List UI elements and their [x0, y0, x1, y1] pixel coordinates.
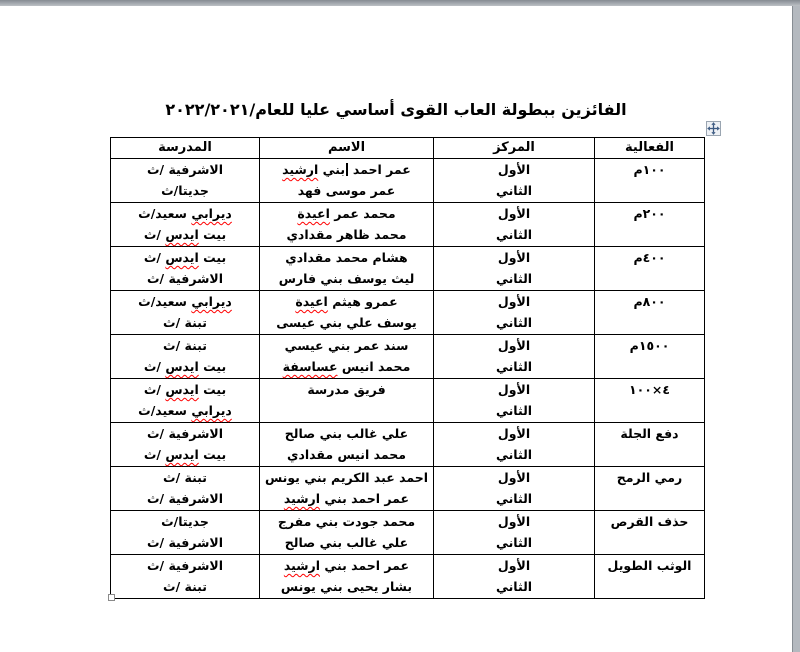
text-run: عمر احمد بني	[320, 491, 409, 506]
text-run: هشام محمد مقدادي	[285, 250, 407, 265]
window-top-edge	[0, 0, 800, 6]
text-run: /ث	[144, 227, 165, 242]
text-run: عمر موسى فهد	[298, 183, 396, 198]
text-run: الأول	[498, 250, 530, 265]
column-header-school[interactable]: المدرسة	[111, 138, 260, 159]
table-row: ٤×١٠٠الأولالثانيفريق مدرسةبيت ايدس /ثدير…	[111, 379, 705, 423]
event-cell[interactable]: ١٥٠٠م	[595, 335, 705, 379]
text-run: تبنة /ث	[163, 315, 207, 330]
place-cell[interactable]: الأولالثاني	[434, 203, 595, 247]
place-cell[interactable]: الأولالثاني	[434, 511, 595, 555]
text-run: الثاني	[496, 183, 532, 198]
text-run: الثاني	[496, 315, 532, 330]
misspelled-word: اعيدة	[295, 294, 328, 309]
text-run: محمد عمر	[330, 206, 396, 221]
text-run: تبنة /ث	[163, 579, 207, 594]
school-cell[interactable]: بيت ايدس /ثديرابي سعيد/ث	[111, 379, 260, 423]
text-run: ١٠٠م	[633, 162, 665, 177]
event-cell[interactable]: دفع الجلة	[595, 423, 705, 467]
column-header-place[interactable]: المركز	[434, 138, 595, 159]
text-run: الاشرفية /ث	[147, 535, 223, 550]
text-run: ليث يوسف بني فارس	[279, 271, 415, 286]
place-cell[interactable]: الأولالثاني	[434, 555, 595, 599]
text-run: الثاني	[496, 271, 532, 286]
text-run: بيت	[199, 227, 226, 242]
event-cell[interactable]: ٤٠٠م	[595, 247, 705, 291]
school-cell[interactable]: ديرابي سعيد/ثتبنة /ث	[111, 291, 260, 335]
text-run: الأول	[498, 338, 530, 353]
text-run: الاشرفية /ث	[147, 162, 223, 177]
scrollbar-track[interactable]	[792, 0, 800, 652]
text-run: الأول	[498, 558, 530, 573]
text-run: محمد ظاهر مقدادي	[286, 227, 406, 242]
misspelled-word: اعيدة	[297, 206, 330, 221]
text-run: علي غالب بني صالح	[285, 535, 408, 550]
event-cell[interactable]: رمي الرمح	[595, 467, 705, 511]
text-run: الثاني	[496, 403, 532, 418]
text-run: عمر احمد بني	[320, 558, 409, 573]
place-cell[interactable]: الأولالثاني	[434, 467, 595, 511]
text-run: ٤٠٠م	[633, 250, 665, 265]
event-cell[interactable]: ٨٠٠م	[595, 291, 705, 335]
misspelled-word: ايدس	[165, 359, 198, 374]
text-run: الاشرفية /ث	[147, 558, 223, 573]
text-run: /ث	[144, 359, 165, 374]
text-run: ١٥٠٠م	[630, 338, 670, 353]
misspelled-word: عساسفة	[283, 359, 338, 374]
column-header-event[interactable]: الفعالية	[595, 138, 705, 159]
text-run: الاشرفية /ث	[147, 426, 223, 441]
name-cell[interactable]: هشام محمد مقداديليث يوسف بني فارس	[260, 247, 434, 291]
text-run: محمد جودت بني مفرج	[278, 514, 415, 529]
event-cell[interactable]: ١٠٠م	[595, 159, 705, 203]
text-run: فريق مدرسة	[307, 382, 385, 397]
event-cell[interactable]: الوثب الطويل	[595, 555, 705, 599]
event-cell[interactable]: ٤×١٠٠	[595, 379, 705, 423]
table-row: ١٠٠مالأولالثانيعمر احمد بني ارشيدعمر موس…	[111, 159, 705, 203]
text-run: الوثب الطويل	[608, 558, 692, 573]
school-cell[interactable]: الاشرفية /ثبيت ايدس /ث	[111, 423, 260, 467]
text-run: /ث	[144, 447, 165, 462]
table-row: ١٥٠٠مالأولالثانيسند عمر بني عيسيمحمد اني…	[111, 335, 705, 379]
text-run: ٢٠٠م	[633, 206, 665, 221]
school-cell[interactable]: جديتا/ثالاشرفية /ث	[111, 511, 260, 555]
table-row: دفع الجلةالأولالثانيعلي غالب بني صالحمحم…	[111, 423, 705, 467]
text-run: الأول	[498, 426, 530, 441]
text-run: الثاني	[496, 491, 532, 506]
text-run: يوسف علي بني عيسى	[276, 315, 417, 330]
text-run: الثاني	[496, 447, 532, 462]
word-document-page: { "title": "الفائزين ببطولة العاب القوى …	[0, 0, 800, 652]
school-cell[interactable]: تبنة /ثبيت ايدس /ث	[111, 335, 260, 379]
text-run: الأول	[498, 514, 530, 529]
table-row: رمي الرمحالأولالثانياحمد عبد الكريم بني …	[111, 467, 705, 511]
misspelled-word: ارشيد	[284, 491, 320, 506]
table-row: حذف القرصالأولالثانيمحمد جودت بني مفرجعل…	[111, 511, 705, 555]
text-run: الثاني	[496, 227, 532, 242]
misspelled-word: ايدس	[165, 227, 198, 242]
text-run: احمد عبد الكريم بني يونس	[265, 470, 428, 485]
text-run: بيت	[199, 250, 226, 265]
text-run: الأول	[498, 294, 530, 309]
name-cell[interactable]: احمد عبد الكريم بني يونسعمر احمد بني ارش…	[260, 467, 434, 511]
misspelled-word: ايدس	[165, 382, 198, 397]
misspelled-word: ديرابي	[191, 206, 232, 221]
event-cell[interactable]: حذف القرص	[595, 511, 705, 555]
text-run: الأول	[498, 382, 530, 397]
text-run: بيت	[199, 447, 226, 462]
text-run: سعيد/ث	[138, 294, 191, 309]
text-run: /ث	[144, 382, 165, 397]
misspelled-word: ديرابي	[191, 403, 232, 418]
column-header-name[interactable]: الاسم	[260, 138, 434, 159]
table-resize-handle[interactable]	[108, 594, 115, 601]
name-cell[interactable]: فريق مدرسة	[260, 379, 434, 423]
text-run: عمرو هيثم	[328, 294, 398, 309]
name-cell[interactable]: عمرو هيثم اعيدةيوسف علي بني عيسى	[260, 291, 434, 335]
table-row: ٨٠٠مالأولالثانيعمرو هيثم اعيدةيوسف علي ب…	[111, 291, 705, 335]
text-cursor	[346, 163, 348, 176]
table-move-handle[interactable]	[706, 121, 721, 136]
place-cell[interactable]: الأولالثاني	[434, 247, 595, 291]
school-cell[interactable]: بيت ايدس /ثالاشرفية /ث	[111, 247, 260, 291]
misspelled-word: ارشيد	[284, 558, 320, 573]
text-run: سند عمر بني عيسي	[285, 338, 409, 353]
text-run: جديتا/ث	[161, 183, 209, 198]
school-cell[interactable]: ديرابي سعيد/ثبيت ايدس /ث	[111, 203, 260, 247]
text-run: ٨٠٠م	[633, 294, 665, 309]
school-cell[interactable]: تبنة /ثالاشرفية /ث	[111, 467, 260, 511]
event-cell[interactable]: ٢٠٠م	[595, 203, 705, 247]
text-run: محمد انيس	[338, 359, 411, 374]
text-run: رمي الرمح	[617, 470, 682, 485]
misspelled-word: ايدس	[165, 447, 198, 462]
text-run: بيت	[199, 382, 226, 397]
text-run: بشار يحيى بني يونس	[281, 579, 412, 594]
school-cell[interactable]: الاشرفية /ثتبنة /ث	[111, 555, 260, 599]
text-run: الثاني	[496, 535, 532, 550]
text-run: حذف القرص	[611, 514, 689, 529]
text-run: سعيد/ث	[138, 206, 191, 221]
text-run: تبنة /ث	[163, 338, 207, 353]
text-run: الأول	[498, 470, 530, 485]
text-run: الثاني	[496, 579, 532, 594]
winners-table: الفعالية المركز الاسم المدرسة ١٠٠مالأولا…	[110, 137, 705, 599]
name-cell[interactable]: عمر احمد بني ارشيدبشار يحيى بني يونس	[260, 555, 434, 599]
move-arrows-icon	[707, 122, 720, 135]
name-cell[interactable]: علي غالب بني صالحمحمد انيس مقدادي	[260, 423, 434, 467]
misspelled-word: ارشيد	[282, 162, 318, 177]
name-cell[interactable]: عمر احمد بني ارشيدعمر موسى فهد	[260, 159, 434, 203]
text-run: الأول	[498, 206, 530, 221]
place-cell[interactable]: الأولالثاني	[434, 335, 595, 379]
text-run: الاشرفية /ث	[147, 491, 223, 506]
text-run: علي غالب بني صالح	[285, 426, 408, 441]
name-cell[interactable]: محمد عمر اعيدةمحمد ظاهر مقدادي	[260, 203, 434, 247]
table-row: الوثب الطويلالأولالثانيعمر احمد بني ارشي…	[111, 555, 705, 599]
name-cell[interactable]: سند عمر بني عيسيمحمد انيس عساسفة	[260, 335, 434, 379]
text-run: بني	[318, 162, 345, 177]
text-run: /ث	[144, 250, 165, 265]
school-cell[interactable]: الاشرفية /ثجديتا/ث	[111, 159, 260, 203]
place-cell[interactable]: الأولالثاني	[434, 379, 595, 423]
place-cell[interactable]: الأولالثاني	[434, 423, 595, 467]
text-run: عمر احمد	[349, 162, 411, 177]
text-run: دفع الجلة	[620, 426, 678, 441]
text-run: الثاني	[496, 359, 532, 374]
misspelled-word: ايدس	[165, 250, 198, 265]
text-run: سعيد/ث	[138, 403, 191, 418]
text-run: بيت	[199, 359, 226, 374]
name-cell[interactable]: محمد جودت بني مفرجعلي غالب بني صالح	[260, 511, 434, 555]
text-run: الأول	[498, 162, 530, 177]
document-title[interactable]: الفائزين ببطولة العاب القوى أساسي عليا ل…	[0, 100, 792, 119]
table-row: ٢٠٠مالأولالثانيمحمد عمر اعيدةمحمد ظاهر م…	[111, 203, 705, 247]
header-row: الفعالية المركز الاسم المدرسة	[111, 138, 705, 159]
text-run: ٤×١٠٠	[629, 382, 670, 397]
text-run: تبنة /ث	[163, 470, 207, 485]
text-run: محمد انيس مقدادي	[287, 447, 406, 462]
text-run: جديتا/ث	[161, 514, 209, 529]
place-cell[interactable]: الأولالثاني	[434, 291, 595, 335]
place-cell[interactable]: الأولالثاني	[434, 159, 595, 203]
text-run: الاشرفية /ث	[147, 271, 223, 286]
table-row: ٤٠٠مالأولالثانيهشام محمد مقداديليث يوسف …	[111, 247, 705, 291]
misspelled-word: ديرابي	[191, 294, 232, 309]
